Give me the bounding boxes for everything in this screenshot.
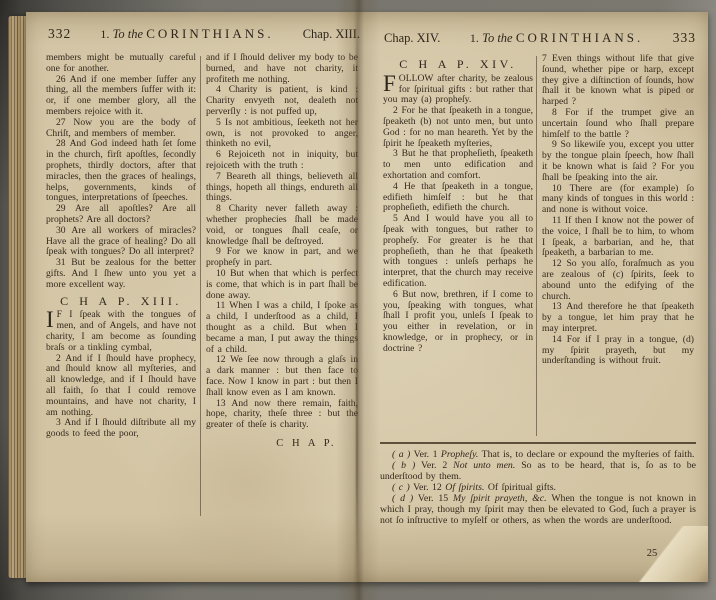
footnote-marker: ( b ) (392, 460, 415, 471)
verse-paragraph: 2 For he that ſpeaketh in a tongue, ſpea… (383, 106, 533, 149)
left-head-title: 1. To the CORINTHIANS. (100, 26, 273, 42)
verse-paragraph: 11 If then I know not the power of the v… (542, 216, 694, 259)
verse-paragraph: 12 We ſee now through a glaſs in a dark … (206, 355, 358, 398)
left-column-divider (200, 56, 201, 516)
verse-paragraph: 6 But now, brethren, if I come to you, ſ… (383, 290, 533, 355)
verse-paragraph: 3 But he that propheſieth, ſpeaketh to m… (383, 149, 533, 181)
verse-paragraph: IF I ſpeak with the tongues of men, and … (46, 310, 196, 353)
verse-paragraph: 10 There are (for example) ſo many kinds… (542, 184, 694, 216)
right-head-title: 1. To the CORINTHIANS. (470, 30, 643, 46)
left-running-head: 332 1. To the CORINTHIANS. Chap. XIII. (48, 26, 360, 42)
left-page-column-1: members might be mutually careful one fo… (46, 53, 196, 440)
drop-cap: I (46, 310, 57, 329)
right-head-chapter: Chap. XIV. (384, 31, 440, 46)
verse-paragraph: 8 Charity never falleth away : whether p… (206, 204, 358, 247)
footnote: ( b ) Ver. 2 Not unto men. So as to be h… (380, 460, 696, 482)
verse-paragraph: 13 And now there remain, faith, hope, ch… (206, 399, 358, 431)
footnote-marker: ( d ) (392, 493, 413, 504)
left-head-chapter: Chap. XIII. (303, 27, 360, 42)
drop-cap: F (383, 74, 399, 93)
verse-paragraph: 31 But be zealous for the better gifts. … (46, 258, 196, 290)
footnotes-block: ( a ) Ver. 1 Propheſy. That is, to decla… (380, 449, 696, 526)
left-page-column-2: and if I ſhould deliver my body to be bu… (206, 53, 358, 450)
right-page-number: 333 (673, 30, 696, 46)
verse-paragraph: and if I ſhould deliver my body to be bu… (206, 53, 358, 85)
chapter-heading: C H A P. XIII. (46, 296, 196, 307)
verse-paragraph: members might be mutually careful one fo… (46, 53, 196, 75)
verse-paragraph: 10 But when that which is perfect is com… (206, 269, 358, 301)
verse-paragraph: 14 For if I pray in a tongue, (d) my ſpi… (542, 335, 694, 367)
footnote-rule (380, 442, 696, 444)
right-page-column-1: C H A P. XIV. FOLLOW after charity, be z… (383, 54, 533, 355)
verse-paragraph: 5 And I would have you all to ſpeak with… (383, 214, 533, 290)
page-corner-curl (622, 526, 708, 582)
verse-paragraph: 4 He that ſpeaketh in a tongue, edifieth… (383, 182, 533, 214)
book-scan: { "left_page": { "header": { "page_numbe… (0, 0, 716, 600)
verse-paragraph: 7 Even things without life that give ſou… (542, 54, 694, 108)
footnote: ( c ) Ver. 12 Of ſpirits. Of ſpiritual g… (380, 482, 696, 493)
footnote-marker: ( c ) (392, 482, 410, 493)
verse-paragraph: 8 For if the trumpet give an uncertain ſ… (542, 108, 694, 140)
verse-paragraph: 13 And therefore he that ſpeaketh by a t… (542, 302, 694, 334)
footnote-marker: ( a ) (392, 449, 410, 460)
verse-paragraph: 2 And if I ſhould have prophecy, and ſho… (46, 354, 196, 419)
verse-paragraph: 4 Charity is patient, is kind : Charity … (206, 85, 358, 117)
verse-paragraph: 7 Beareth all things, believeth all thin… (206, 172, 358, 204)
verse-paragraph: 28 And God indeed hath ſet ſome in the c… (46, 139, 196, 204)
footnote: ( d ) Ver. 15 My ſpirit prayeth, &c. Whe… (380, 493, 696, 526)
verse-paragraph: 9 So likewiſe you, except you utter by t… (542, 140, 694, 183)
verse-paragraph: C H A P. (206, 439, 358, 450)
gutter-crease (356, 8, 358, 592)
left-page-number: 332 (48, 26, 71, 42)
right-running-head: Chap. XIV. 1. To the CORINTHIANS. 333 (384, 30, 696, 46)
verse-paragraph: 11 When I was a child, I ſpoke as a chil… (206, 301, 358, 355)
verse-paragraph: 5 Is not ambitious, ſeeketh not her own,… (206, 118, 358, 150)
verse-paragraph: 3 And if I ſhould diſtribute all my good… (46, 418, 196, 440)
verse-paragraph: 27 Now you are the body of Chriſt, and m… (46, 118, 196, 140)
right-page-column-2: 7 Even things without life that give ſou… (542, 54, 694, 367)
right-column-divider (536, 56, 537, 436)
verse-paragraph: 6 Rejoiceth not in iniquity, but rejoice… (206, 150, 358, 172)
verse-paragraph: 12 So you alſo, foraſmuch as you are zea… (542, 259, 694, 302)
verse-paragraph: 30 Are all workers of miracles? Have all… (46, 226, 196, 258)
verse-paragraph: 9 For we know in part, and we propheſy i… (206, 247, 358, 269)
verse-paragraph: 26 And if one member ſuffer any thing, a… (46, 75, 196, 118)
verse-paragraph: 29 Are all apoſtles? Are all prophets? A… (46, 204, 196, 226)
verse-paragraph: FOLLOW after charity, be zealous for ſpi… (383, 74, 533, 106)
chapter-heading: C H A P. XIV. (383, 59, 533, 70)
footnote: ( a ) Ver. 1 Propheſy. That is, to decla… (380, 449, 696, 460)
